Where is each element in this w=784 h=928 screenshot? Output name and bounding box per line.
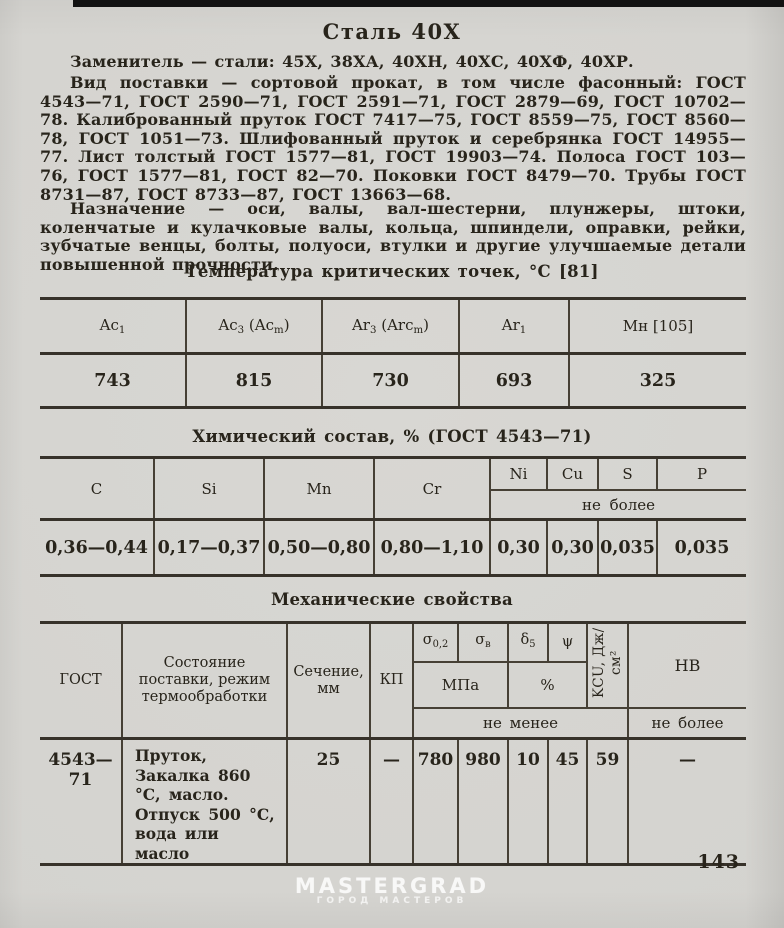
- crit-value-ac1: 743: [40, 354, 186, 408]
- crit-value-ac3: 815: [186, 354, 322, 408]
- paragraph-substitute: Заменитель — стали: 45Х, 38ХА, 40ХН, 40Х…: [40, 53, 746, 72]
- crit-value-mn: 325: [569, 354, 746, 408]
- crit-header-sub: m: [414, 325, 424, 336]
- crit-header-label: (Arc: [376, 316, 413, 334]
- crit-value-ar3: 730: [322, 354, 459, 408]
- mech-header-sigma02: σ0,2: [413, 623, 458, 663]
- crit-header-label: Мн [105]: [623, 317, 693, 335]
- crit-header-sub: 1: [119, 325, 125, 336]
- chem-value-c: 0,36—0,44: [40, 520, 154, 576]
- mech-header-delta5: δ5: [508, 623, 548, 663]
- mech-row-section: 25: [287, 739, 370, 865]
- critical-points-title: Температура критических точек, °С [81]: [0, 262, 784, 281]
- chemistry-table: C Si Mn Cr Ni Cu S P не более 0,36—0,44 …: [40, 456, 746, 577]
- mech-header-section: Сечение, мм: [287, 623, 370, 739]
- mech-row-sigma02: 780: [413, 739, 458, 865]
- chemistry-title: Химический состав, % (ГОСТ 4543—71): [0, 427, 784, 446]
- crit-header-label: Ar: [352, 316, 370, 334]
- mech-header-label: σ: [475, 632, 485, 648]
- mech-header-gost: ГОСТ: [40, 623, 122, 739]
- chem-header-si: Si: [154, 458, 264, 520]
- chem-header-c: C: [40, 458, 154, 520]
- mech-row-state: Пруток, Закалка 860 °С, масло. Отпуск 50…: [122, 739, 287, 865]
- mech-row-hb: —: [628, 739, 746, 865]
- mech-row-sigmab: 980: [458, 739, 508, 865]
- mech-row-gost: 4543—71: [40, 739, 122, 865]
- chem-limit-note: не более: [490, 490, 746, 520]
- mech-header-percent: %: [508, 662, 587, 708]
- chem-header-cu: Cu: [547, 458, 598, 491]
- crit-header-label: ): [423, 316, 429, 334]
- mech-header-sub: 5: [529, 639, 535, 650]
- mech-row-psi: 45: [548, 739, 587, 865]
- mech-header-psi: ψ: [548, 623, 587, 663]
- crit-header-label: ): [284, 316, 290, 334]
- chem-header-s: S: [598, 458, 657, 491]
- crit-header-ar3: Ar3 (Arcm): [322, 299, 459, 354]
- mech-header-kcu-label: KCU, Дж/см²: [591, 626, 625, 700]
- chem-header-p: P: [657, 458, 746, 491]
- scan-artifact-bar: [73, 0, 784, 7]
- mech-row-kp: —: [370, 739, 413, 865]
- crit-header-sub: 1: [520, 325, 526, 336]
- mech-header-sub: 0,2: [433, 639, 449, 650]
- mech-header-state: Состояние поставки, режим термообработки: [122, 623, 287, 739]
- watermark: MASTERGRAD ГОРОД МАСТЕРОВ: [0, 876, 784, 907]
- chem-value-s: 0,035: [598, 520, 657, 576]
- chem-value-si: 0,17—0,37: [154, 520, 264, 576]
- crit-header-ac3: Ac3 (Acm): [186, 299, 322, 354]
- chem-value-cr: 0,80—1,10: [374, 520, 490, 576]
- paragraph-supply: Вид поставки — сортовой прокат, в том чи…: [40, 74, 746, 204]
- crit-header-sub: m: [274, 325, 284, 336]
- mech-header-mpa: МПа: [413, 662, 508, 708]
- crit-header-ar1: Ar1: [459, 299, 569, 354]
- scanned-page: Сталь 40Х Заменитель — стали: 45Х, 38ХА,…: [0, 0, 784, 928]
- crit-header-label: Ar: [502, 316, 520, 334]
- page-number: 143: [640, 851, 740, 873]
- mech-header-sub: в: [485, 639, 491, 650]
- mech-note-not-more: не более: [628, 708, 746, 739]
- chem-header-cr: Cr: [374, 458, 490, 520]
- chem-header-ni: Ni: [490, 458, 547, 491]
- mech-header-label: σ: [423, 632, 433, 648]
- mech-header-label: δ: [521, 632, 530, 648]
- crit-header-label: Ac: [218, 316, 237, 334]
- critical-points-table: Ac1 Ac3 (Acm) Ar3 (Arcm) Ar1 Мн [105] 74…: [40, 297, 746, 409]
- mech-row-delta5: 10: [508, 739, 548, 865]
- watermark-tagline: ГОРОД МАСТЕРОВ: [0, 896, 784, 907]
- chem-value-ni: 0,30: [490, 520, 547, 576]
- crit-header-ac1: Ac1: [40, 299, 186, 354]
- mech-header-kp: КП: [370, 623, 413, 739]
- crit-header-label: Ac: [100, 316, 119, 334]
- watermark-logo: MASTERGRAD: [0, 876, 784, 896]
- mech-header-kcu: KCU, Дж/см²: [587, 623, 628, 709]
- mechanical-title: Механические свойства: [0, 590, 784, 609]
- chem-value-p: 0,035: [657, 520, 746, 576]
- crit-value-ar1: 693: [459, 354, 569, 408]
- mech-row-kcu: 59: [587, 739, 628, 865]
- crit-header-mn: Мн [105]: [569, 299, 746, 354]
- chem-value-mn: 0,50—0,80: [264, 520, 374, 576]
- crit-header-label: (Ac: [244, 316, 274, 334]
- mechanical-table: ГОСТ Состояние поставки, режим термообра…: [40, 621, 746, 866]
- mech-note-not-less: не менее: [413, 708, 628, 739]
- chem-header-mn: Mn: [264, 458, 374, 520]
- mech-header-sigmab: σв: [458, 623, 508, 663]
- page-title: Сталь 40Х: [0, 19, 784, 44]
- chem-value-cu: 0,30: [547, 520, 598, 576]
- mech-header-hb: НВ: [628, 623, 746, 709]
